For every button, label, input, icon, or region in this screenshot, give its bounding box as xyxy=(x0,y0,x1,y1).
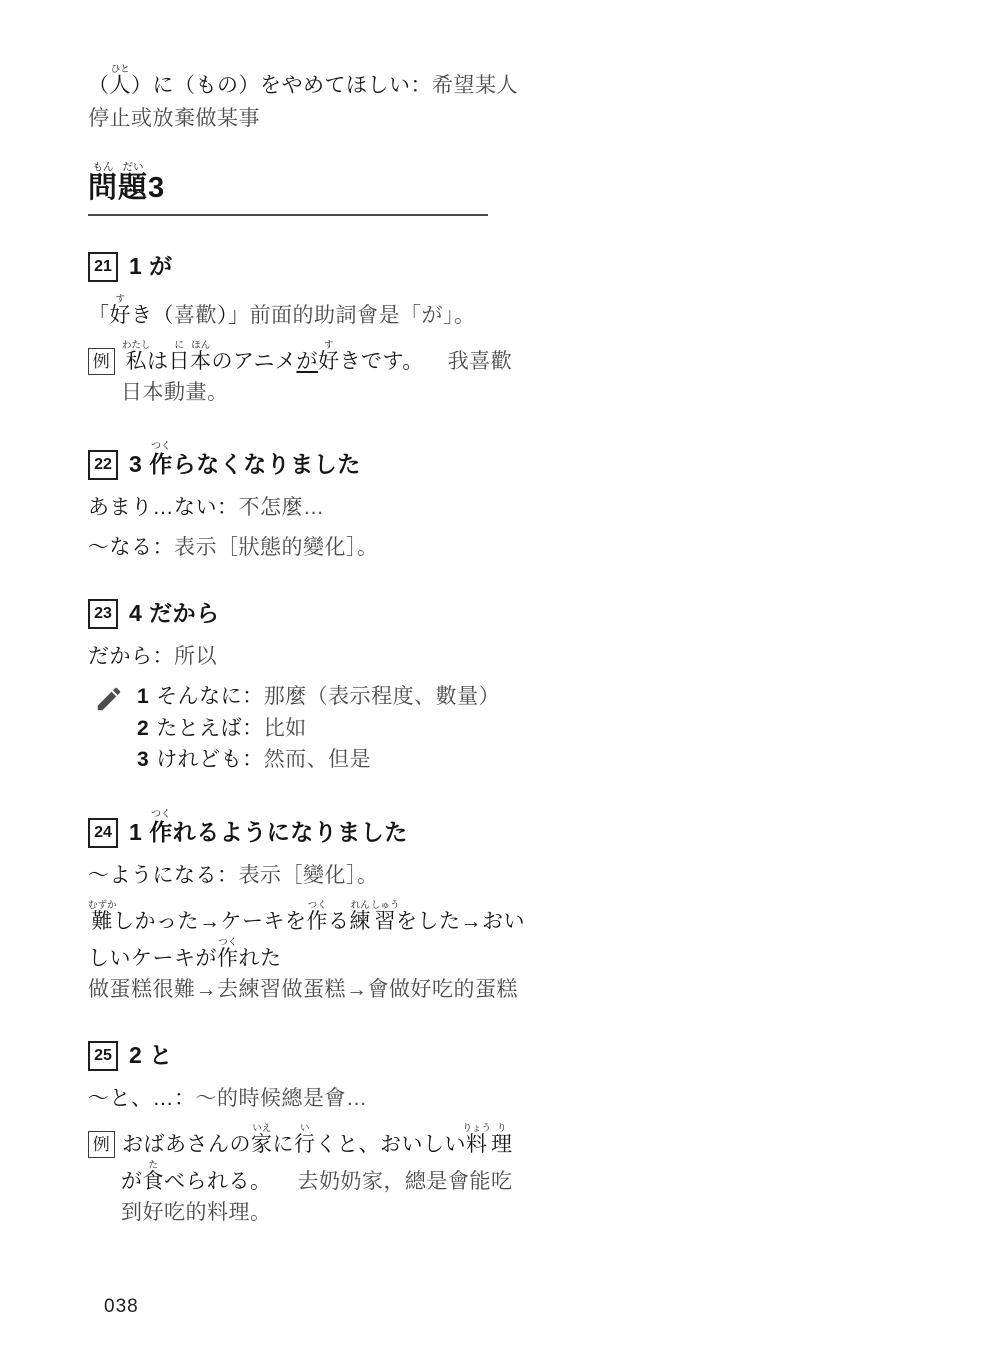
explanation-paragraph: 例おばあさんの家いえに行いくと、おいしい料りょう理りが食たべられる。去奶奶家，總… xyxy=(88,1123,488,1228)
content-column: （人ひと）に（もの）をやめてほしい：希望某人停止或放棄做某事 問もん題だい3 2… xyxy=(88,64,488,1237)
jp-text: 1 xyxy=(129,819,149,845)
question-number-box: 24 xyxy=(88,818,118,848)
text-line: 例おばあさんの家いえに行いくと、おいしい料りょう理り xyxy=(88,1123,488,1160)
furigana: た xyxy=(143,1160,164,1171)
jp-text: 作つく xyxy=(149,451,173,477)
jp-text: 作つく xyxy=(149,819,173,845)
jp-text: 好す xyxy=(110,304,132,327)
text-line: 例私わたしは日に本ほんのアニメが好すきです。我喜歡 xyxy=(88,340,488,377)
explanation-paragraph: 「好すき（喜歡）」前面的助詞會是「が」。 xyxy=(88,294,488,331)
furigana: つく xyxy=(217,937,238,948)
text-line: 日本動畫。 xyxy=(88,377,488,408)
jp-text: 練れん xyxy=(350,910,372,933)
intro-paragraph: （人ひと）に（もの）をやめてほしい：希望某人停止或放棄做某事 xyxy=(88,64,488,135)
jp-text: 料りょう xyxy=(466,1133,491,1156)
question-number-box: 23 xyxy=(88,599,118,629)
pencil-icon xyxy=(94,684,124,714)
section-title: 問もん題だい3 xyxy=(88,161,488,216)
jp-text: 作つく xyxy=(217,947,239,970)
text-line: 到好吃的料理。 xyxy=(88,1197,488,1228)
question-number-box: 22 xyxy=(88,450,118,480)
jp-text: 1 が xyxy=(129,253,173,279)
jp-text: らなくなりました xyxy=(173,451,361,477)
question-number-box: 21 xyxy=(88,252,118,282)
text-line: が食たべられる。去奶奶家，總是會能吃 xyxy=(88,1160,488,1197)
jp-text: けれども： xyxy=(156,748,264,771)
furigana: ひと xyxy=(110,64,131,75)
jp-text: 「 xyxy=(88,304,110,327)
jp-text: 4 だから xyxy=(129,600,220,626)
jp-text: れた xyxy=(239,947,282,970)
section-title-text: 問もん題だい3 xyxy=(88,172,165,204)
note-row: 1そんなに：那麼（表示程度、數量） xyxy=(137,681,488,713)
note-rows: 1そんなに：那麼（表示程度、數量）2たとえば：比如3けれども：然而、但是 xyxy=(137,681,488,776)
translation-text: 做蛋糕很難→去練習做蛋糕→會做好吃的蛋糕 xyxy=(88,978,518,1001)
jp-text: そんなに： xyxy=(156,685,264,708)
furigana: だい xyxy=(118,161,148,173)
jp-text: 本ほん xyxy=(190,350,212,373)
jp-text: は xyxy=(147,350,169,373)
jp-text: 私わたし xyxy=(122,350,147,373)
furigana: い xyxy=(294,1123,315,1134)
jp-text: おばあさんの xyxy=(122,1133,251,1156)
translation-text: 比如 xyxy=(264,717,307,740)
furigana: に xyxy=(169,340,190,351)
answer-heading: 223 作つくらなくなりました xyxy=(88,441,488,481)
jp-text: に xyxy=(273,1133,295,1156)
jp-text: 〜ようになる： xyxy=(88,864,239,887)
translation-text: 停止或放棄做某事 xyxy=(88,107,260,130)
text-line: （人ひと）に（もの）をやめてほしい：希望某人 xyxy=(88,64,488,102)
jp-text: が xyxy=(121,1170,143,1193)
furigana: れん xyxy=(350,900,371,911)
answer-heading: 211 が xyxy=(88,249,488,283)
example-label: 例 xyxy=(88,1131,115,1158)
explanation-paragraph: 〜なる：表示［狀態的變化］。 xyxy=(88,532,488,563)
jp-text: 好す xyxy=(318,350,340,373)
jp-text: きです。 xyxy=(339,350,423,373)
answer-text: 1 が xyxy=(129,253,173,279)
text-line: 〜ようになる：表示［變化］。 xyxy=(88,860,488,891)
text-line: だから：所以 xyxy=(88,641,488,672)
furigana: むずか xyxy=(88,900,117,911)
explanation-paragraph: 〜ようになる：表示［變化］。 xyxy=(88,860,488,891)
question-number-box: 25 xyxy=(88,1041,118,1071)
answer-heading: 241 作つくれるようになりました xyxy=(88,809,488,849)
explanation-paragraph: 〜と、…：〜的時候總是會… xyxy=(88,1083,488,1114)
jp-text: る xyxy=(328,910,350,933)
translation-text: 所以 xyxy=(174,645,217,668)
explanation-paragraph: 例私わたしは日に本ほんのアニメが好すきです。我喜歡日本動畫。 xyxy=(88,340,488,408)
jp-text: 2 と xyxy=(129,1042,173,1068)
note-block: 1そんなに：那麼（表示程度、數量）2たとえば：比如3けれども：然而、但是 xyxy=(88,681,488,776)
text-line: しいケーキが作つくれた xyxy=(88,937,488,974)
note-number: 3 xyxy=(137,748,149,771)
jp-text: 〜なる： xyxy=(88,536,174,559)
jp-text: 難むずか xyxy=(88,910,113,933)
text-line: 〜なる：表示［狀態的變化］。 xyxy=(88,532,488,563)
translation-text: 我喜歡 xyxy=(448,350,513,373)
answer-item: 223 作つくらなくなりましたあまり…ない：不怎麼…〜なる：表示［狀態的變化］。 xyxy=(88,441,488,563)
answer-item: 211 が「好すき（喜歡）」前面的助詞會是「が」。例私わたしは日に本ほんのアニメ… xyxy=(88,249,488,408)
furigana: しゅう xyxy=(371,900,400,911)
answer-text: 3 作つくらなくなりました xyxy=(129,451,361,477)
translation-text: 日本動畫。 xyxy=(121,381,229,404)
answer-item: 241 作つくれるようになりました〜ようになる：表示［變化］。難むずかしかった→… xyxy=(88,809,488,1005)
answer-item: 252 と〜と、…：〜的時候總是會…例おばあさんの家いえに行いくと、おいしい料り… xyxy=(88,1038,488,1228)
answer-items: 211 が「好すき（喜歡）」前面的助詞會是「が」。例私わたしは日に本ほんのアニメ… xyxy=(88,249,488,1228)
translation-text: 表示［變化］。 xyxy=(239,864,379,887)
furigana: す xyxy=(318,340,339,351)
jp-text: れるようになりました xyxy=(173,819,408,845)
explanation-paragraph: 難むずかしかった→ケーキを作つくる練れん習しゅうをした→おいしいケーキが作つくれ… xyxy=(88,900,488,1005)
text-line: 難むずかしかった→ケーキを作つくる練れん習しゅうをした→おい xyxy=(88,900,488,937)
answer-heading: 234 だから xyxy=(88,596,488,630)
note-row: 3けれども：然而、但是 xyxy=(137,744,488,776)
page-number: 038 xyxy=(104,1296,139,1318)
text-line: 〜と、…：〜的時候總是會… xyxy=(88,1083,488,1114)
answer-text: 1 作つくれるようになりました xyxy=(129,819,408,845)
translation-text: 到好吃的料理。 xyxy=(121,1201,272,1224)
answer-text: 4 だから xyxy=(129,600,220,626)
jp-text: 〜と、…： xyxy=(88,1087,196,1110)
jp-text: しいケーキが xyxy=(88,947,217,970)
furigana: いえ xyxy=(251,1123,272,1134)
translation-text: 喜歡 xyxy=(174,304,217,327)
furigana: もん xyxy=(88,161,118,173)
jp-text: （ xyxy=(88,74,110,97)
jp-text: あまり…ない： xyxy=(88,496,239,519)
translation-text: 然而、但是 xyxy=(264,748,372,771)
jp-text: 行い xyxy=(294,1133,316,1156)
furigana: りょう xyxy=(463,1123,492,1134)
jp-text: 人ひと xyxy=(110,74,132,97)
answer-item: 234 だからだから：所以1そんなに：那麼（表示程度、數量）2たとえば：比如3け… xyxy=(88,596,488,776)
jp-text: 日に xyxy=(169,350,191,373)
translation-text: 〜的時候總是會… xyxy=(196,1087,368,1110)
jp-text: をした→おい xyxy=(396,910,525,933)
jp-text: 問もん xyxy=(88,172,118,204)
jp-text: 食た xyxy=(143,1170,165,1193)
jp-text: 題だい xyxy=(118,172,148,204)
example-label: 例 xyxy=(88,348,115,375)
translation-text: 去奶奶家，總是會能吃 xyxy=(298,1170,513,1193)
jp-text: ）に（もの）をやめてほしい： xyxy=(131,74,432,97)
jp-text: き（ xyxy=(131,304,174,327)
note-number: 2 xyxy=(137,717,149,740)
jp-text: 理り xyxy=(491,1133,513,1156)
translation-text: 希望某人 xyxy=(432,74,518,97)
furigana: り xyxy=(491,1123,512,1134)
jp-text: たとえば： xyxy=(156,717,264,740)
explanation-paragraph: あまり…ない：不怎麼… xyxy=(88,492,488,523)
note-row: 2たとえば：比如 xyxy=(137,713,488,745)
translation-text: 不怎麼… xyxy=(239,496,325,519)
translation-text: 表示［狀態的變化］。 xyxy=(174,536,379,559)
jp-text: しかった→ケーキを xyxy=(113,910,307,933)
jp-text: が xyxy=(296,350,318,373)
jp-text: 家いえ xyxy=(251,1133,273,1156)
text-line: 停止或放棄做某事 xyxy=(88,102,488,135)
explanation-paragraph: だから：所以 xyxy=(88,641,488,672)
text-line: 「好すき（喜歡）」前面的助詞會是「が」。 xyxy=(88,294,488,331)
text-line: あまり…ない：不怎麼… xyxy=(88,492,488,523)
jp-text: べられる。 xyxy=(164,1170,272,1193)
furigana: ほん xyxy=(190,340,211,351)
jp-text: くと、おいしい xyxy=(316,1133,467,1156)
furigana: つく xyxy=(149,441,173,452)
answer-heading: 252 と xyxy=(88,1038,488,1072)
answer-text: 2 と xyxy=(129,1042,173,1068)
jp-text: 3 xyxy=(129,451,149,477)
furigana: わたし xyxy=(122,340,151,351)
jp-text: 作つく xyxy=(307,910,329,933)
furigana: つく xyxy=(149,809,173,820)
furigana: す xyxy=(110,294,131,305)
translation-text: 那麼（表示程度、數量） xyxy=(264,685,501,708)
text-line: 做蛋糕很難→去練習做蛋糕→會做好吃的蛋糕 xyxy=(88,974,488,1005)
translation-text: 前面的助詞會是「が」。 xyxy=(250,304,476,327)
jp-text: ）」 xyxy=(217,304,250,327)
jp-text: だから： xyxy=(88,645,174,668)
jp-text: 3 xyxy=(148,172,165,204)
jp-text: のアニメ xyxy=(212,350,297,373)
textbook-page: （人ひと）に（もの）をやめてほしい：希望某人停止或放棄做某事 問もん題だい3 2… xyxy=(0,0,1000,1368)
jp-text: 習しゅう xyxy=(371,910,396,933)
note-number: 1 xyxy=(137,685,149,708)
furigana: つく xyxy=(307,900,328,911)
